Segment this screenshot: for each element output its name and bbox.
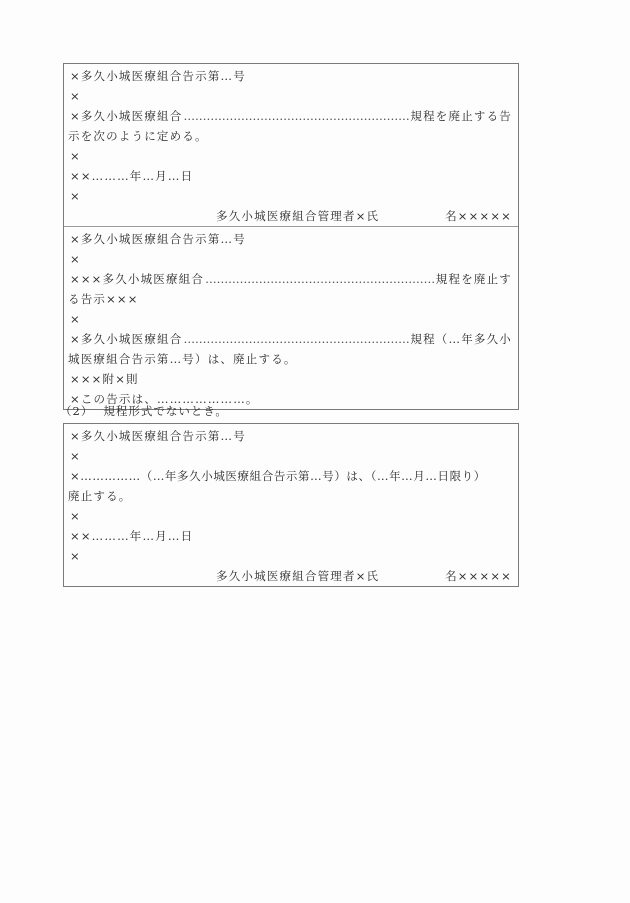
rule-reference-continuation: 城医療組合告示第…号）は、廃止する。 <box>64 349 518 369</box>
signer-office: 多久小城医療組合管理者×氏 <box>216 566 379 586</box>
blank-marker-line: × <box>64 86 518 106</box>
repeal-statement-continuation: 廃止する。 <box>64 486 518 506</box>
date-line: ××………年…月…日 <box>64 166 518 186</box>
form-box-rule-format: ×多久小城医療組合告示第…号 × ×多久小城医療組合 …………………………………… <box>63 63 519 410</box>
blank-marker-line: × <box>64 506 518 526</box>
dotted-leader: ………………………………………………………………………………………………… <box>183 329 409 349</box>
repeal-statement-continuation: 示を次のように定める。 <box>64 126 518 146</box>
repeal-prefix: ×多久小城医療組合 <box>70 106 182 126</box>
rule-prefix: ×多久小城医療組合 <box>70 329 182 349</box>
rule-suffix: 規程（…年多久小 <box>410 329 512 349</box>
blank-marker-line: × <box>64 146 518 166</box>
subheading-number: （2） <box>60 404 93 418</box>
blank-marker-line: × <box>64 546 518 566</box>
signer-name: 名××××× <box>445 566 512 586</box>
repeal-prefix: ×××多久小城医療組合 <box>70 269 204 289</box>
repeal-title-continuation: る告示××× <box>64 289 518 309</box>
notice-number-line: ×多久小城医療組合告示第…号 <box>64 426 518 446</box>
form-box-non-rule-format: ×多久小城医療組合告示第…号 × ×……………（…年多久小城医療組合告示第…号）… <box>63 423 519 587</box>
rule-text-section: ×多久小城医療組合告示第…号 × ×××多久小城医療組合 ……………………………… <box>64 227 518 409</box>
announcement-template-section: ×多久小城医療組合告示第…号 × ×多久小城医療組合 …………………………………… <box>64 64 518 227</box>
blank-marker-line: × <box>64 249 518 269</box>
blank-marker-line: × <box>64 309 518 329</box>
subheading-non-rule-format: （2）規程形式でないとき。 <box>60 402 228 420</box>
dotted-leader: ………………………………………………………………………………………………… <box>183 106 409 126</box>
repeal-statement-line: ×……………（…年多久小城医療組合告示第…号）は、（…年…月…日限り） <box>64 466 518 486</box>
subheading-text: 規程形式でないとき。 <box>103 404 228 418</box>
repeal-title-line: ×××多久小城医療組合 …………………………………………………………………………… <box>64 269 518 289</box>
blank-marker-line: × <box>64 446 518 466</box>
signer-line: 多久小城医療組合管理者×氏 名××××× <box>64 566 518 586</box>
repeal-suffix: 規程を廃止す <box>436 269 512 289</box>
signer-name: 名××××× <box>445 206 512 226</box>
dotted-leader: ………………………………………………………………………………………………… <box>205 269 435 289</box>
supplementary-provisions-heading: ×××附×則 <box>64 369 518 389</box>
notice-number-line: ×多久小城医療組合告示第…号 <box>64 66 518 86</box>
rule-reference-line: ×多久小城医療組合 ………………………………………………………………………………… <box>64 329 518 349</box>
repeal-statement-line: ×多久小城医療組合 ………………………………………………………………………………… <box>64 106 518 126</box>
signer-office: 多久小城医療組合管理者×氏 <box>216 206 379 226</box>
repeal-suffix: 規程を廃止する告 <box>410 106 512 126</box>
notice-number-line: ×多久小城医療組合告示第…号 <box>64 229 518 249</box>
announcement-template-section: ×多久小城医療組合告示第…号 × ×……………（…年多久小城医療組合告示第…号）… <box>64 424 518 586</box>
blank-marker-line: × <box>64 186 518 206</box>
signer-line: 多久小城医療組合管理者×氏 名××××× <box>64 206 518 226</box>
date-line: ××………年…月…日 <box>64 526 518 546</box>
